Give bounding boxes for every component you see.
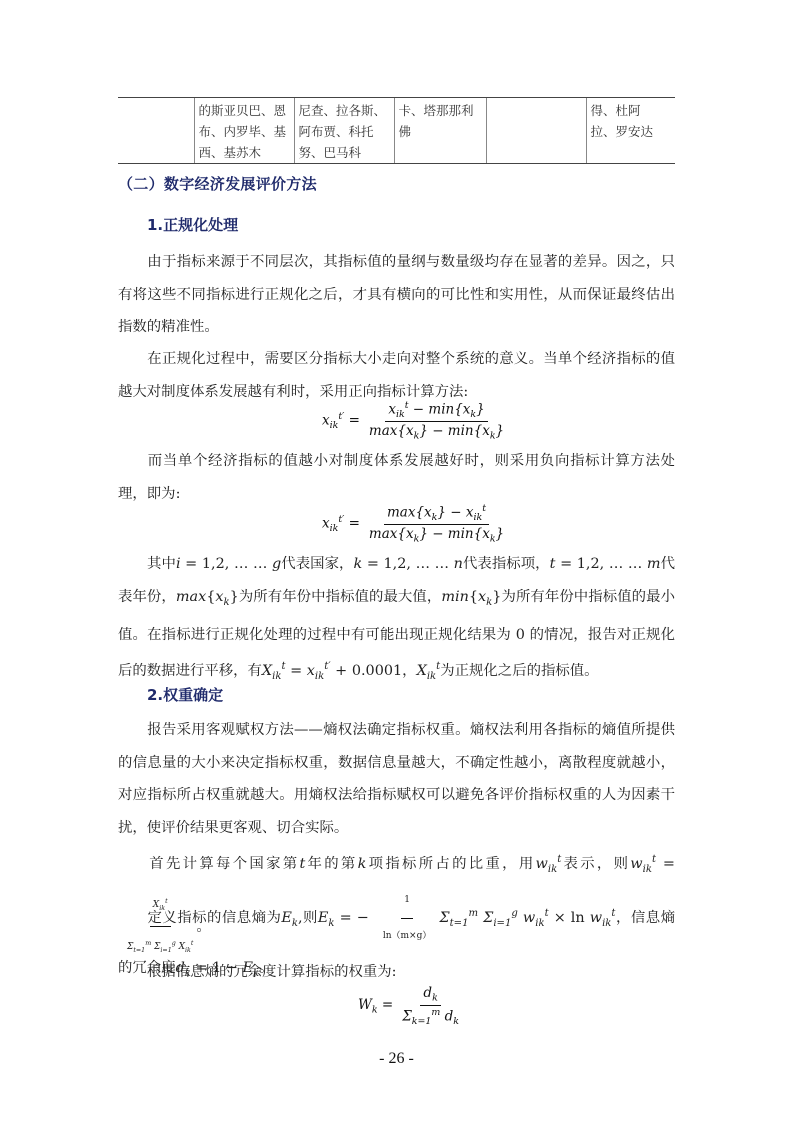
table-cell: 卡、塔那那利佛 bbox=[394, 98, 486, 164]
document-page: 的斯亚贝巴、恩 布、内罗毕、基 西、基苏木 尼查、拉各斯、 阿布贾、科托 努、巴… bbox=[0, 0, 793, 1122]
formula-positive-normalization: xikt′ = xikt − min{xk} max{xk} − min{xk} bbox=[322, 400, 507, 442]
paragraph-variable-definitions: 其中i = 1,2, … … g代表国家，k = 1,2, … … n代表指标项… bbox=[118, 548, 675, 694]
subsection-heading-normalization: 1.正规化处理 bbox=[147, 214, 238, 235]
paragraph: 在正规化过程中，需要区分指标大小走向对整个系统的意义。当单个经济指标的值越大对制… bbox=[118, 343, 675, 408]
page-number: - 26 - bbox=[0, 1050, 793, 1068]
paragraph: 根据信息熵的冗余度计算指标的权重为: bbox=[118, 956, 675, 989]
table-cell: 的斯亚贝巴、恩 布、内罗毕、基 西、基苏木 bbox=[194, 98, 294, 164]
table-row: 的斯亚贝巴、恩 布、内罗毕、基 西、基苏木 尼查、拉各斯、 阿布贾、科托 努、巴… bbox=[118, 98, 675, 164]
formula-weight: Wk = dk Σk=1m dk bbox=[358, 985, 462, 1027]
subsection-heading-weights: 2.权重确定 bbox=[147, 684, 223, 705]
table-cell bbox=[486, 98, 586, 164]
paragraph: 由于指标来源于不同层次，其指标值的量纲与数量级均存在显著的差异。因之，只有将这些… bbox=[118, 246, 675, 344]
table-cell: 尼查、拉各斯、 阿布贾、科托 努、巴马科 bbox=[294, 98, 394, 164]
paragraph: 报告采用客观赋权方法——熵权法确定指标权重。熵权法利用各指标的熵值所提供的信息量… bbox=[118, 714, 675, 844]
table-cell: 得、杜阿 拉、罗安达 bbox=[586, 98, 675, 164]
country-table-fragment: 的斯亚贝巴、恩 布、内罗毕、基 西、基苏木 尼查、拉各斯、 阿布贾、科托 努、巴… bbox=[118, 97, 675, 164]
paragraph: 而当单个经济指标的值越小对制度体系发展越好时，则采用负向指标计算方法处理，即为: bbox=[118, 445, 675, 510]
formula-negative-normalization: xikt′ = max{xk} − xikt max{xk} − min{xk} bbox=[322, 503, 507, 545]
table-cell bbox=[118, 98, 194, 164]
section-heading: （二）数字经济发展评价方法 bbox=[118, 173, 317, 194]
